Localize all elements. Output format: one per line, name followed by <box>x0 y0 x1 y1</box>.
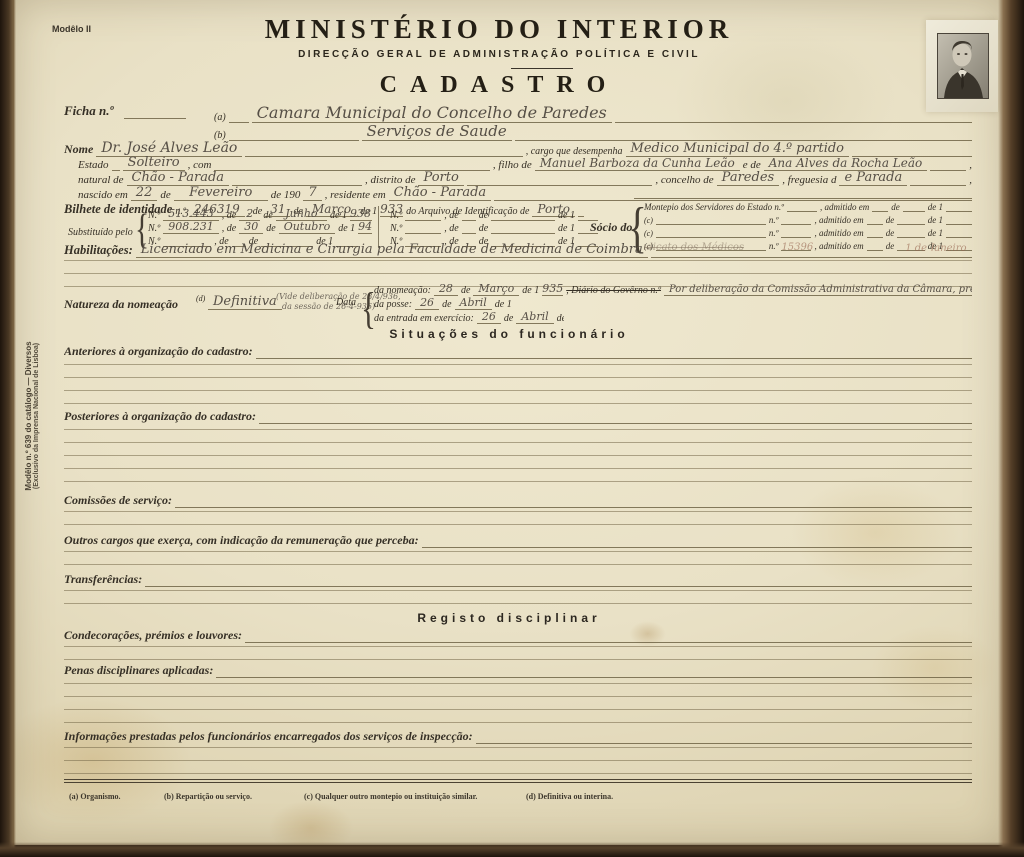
sub2-ano: 945 <box>358 220 372 234</box>
row2-label: da posse: <box>374 299 412 310</box>
distrito-value: Porto <box>418 170 463 186</box>
de-word: de <box>504 313 513 324</box>
bottom-double-rule <box>64 779 972 783</box>
printer-sidebar-note: Modêlo n.º 639 do catálogo — Diversos (E… <box>24 332 40 500</box>
transferencias-label: Transferências: <box>64 572 142 587</box>
nomeacao-label: Natureza da nomeação <box>64 297 178 312</box>
posteriores-label: Posteriores à organização do cadastro: <box>64 409 256 424</box>
situacoes-heading: Situações do funcionário <box>14 327 1004 341</box>
anteriores-row: Anteriores à organização do cadastro: <box>64 343 972 359</box>
no-label: n.º <box>769 215 779 225</box>
sub1-mes: Junho <box>276 207 327 221</box>
ano-prefix: de 1 <box>557 313 564 324</box>
condecoracoes-label: Condecorações, prémios e louvores: <box>64 628 242 643</box>
header-divider <box>511 68 573 69</box>
outros-cargos-row: Outros cargos que exerça, com indicação … <box>64 532 972 548</box>
nomeacao-value: Definitiva <box>208 294 282 310</box>
comissoes-label: Comissões de serviço: <box>64 493 172 508</box>
natural-row: natural de Chão - Parada , distrito de P… <box>78 170 972 186</box>
transferencias-row: Transferências: <box>64 571 972 587</box>
habilitacoes-label: Habilitações: <box>64 243 133 258</box>
socio-top-rule <box>634 198 972 199</box>
bilhete-sub-row-1: N.º 513.443 , de 2 de Junho de 1 938 <box>148 207 372 221</box>
no-label: n.º <box>769 228 779 238</box>
photo-mount <box>926 20 998 112</box>
admitido-label: , admitido em <box>814 228 863 238</box>
nascido-ano: 7 <box>303 185 321 201</box>
condecoracoes-row: Condecorações, prémios e louvores: <box>64 627 972 643</box>
sub1-no: 513.443 <box>163 207 219 221</box>
ficha-number-blank <box>124 118 186 119</box>
servico-value: Serviços de Saude <box>362 122 512 141</box>
estado-row: Estado Solteiro , com , filho de Manuel … <box>78 155 972 171</box>
socio-row-montepio: Montepio dos Servidores do Estado n.º , … <box>644 200 972 212</box>
registo-heading: Registo disciplinar <box>14 611 1004 625</box>
de-word: de <box>886 215 895 225</box>
footnote-a: (a) Organismo. <box>69 792 121 801</box>
deliberacao-note: Por deliberação da Comissão Administrati… <box>664 284 972 296</box>
sidebar-line2: (Exclusivo da Imprensa Nacional de Lisbo… <box>33 332 40 500</box>
row1-dia: 28 <box>434 282 458 296</box>
ministry-title: MINISTÉRIO DO INTERIOR <box>74 14 924 45</box>
admitido-label: , admitido em <box>814 215 863 225</box>
footnote-c: (c) Qualquer outro montepio ou instituiç… <box>304 792 477 801</box>
bilhete-blank-row-1: N.º , de de de 1 <box>390 207 598 221</box>
posteriores-row: Posteriores à organização do cadastro: <box>64 408 972 424</box>
socio-row-c2: (c) n.º , admitido em de de 1 <box>644 226 972 238</box>
book-left-edge <box>0 0 16 857</box>
nomeacao-row-1: da nomeação: 28 de Março de 1 935 , Diár… <box>374 282 972 296</box>
de-word: de <box>461 285 470 296</box>
nomeacao-d-marker: (d) <box>196 294 205 303</box>
scanned-cadastro-form: Modêlo II Modêlo n.º 639 do catálogo — D… <box>0 0 1024 857</box>
de-word: de <box>891 202 900 212</box>
nomeacao-row-3: da entrada em exercício: 26 de Abril de … <box>374 310 564 324</box>
habilitacoes-row: Habilitações: Licenciado em Medicina e C… <box>64 240 972 258</box>
nomeacao-row-2: da posse: 26 de Abril de 1 935 <box>374 296 514 310</box>
anteriores-label: Anteriores à organização do cadastro: <box>64 344 253 359</box>
sub1-dia: 2 <box>239 207 260 221</box>
data-label: Data <box>336 297 356 308</box>
sidebar-line1: Modêlo n.º 639 do catálogo — Diversos <box>24 332 33 500</box>
bilhete-sub-row-2: N.º 908.231 , de 30 de Outubro de 1 945 <box>148 220 372 234</box>
sub2-no: 908.231 <box>163 220 219 234</box>
row3-label: da entrada em exercício: <box>374 313 474 324</box>
sub2-dia: 30 <box>239 220 263 234</box>
penas-row: Penas disciplinares aplicadas: <box>64 662 972 678</box>
habilitacoes-value: Licenciado em Medicina e Cirurgia pela F… <box>136 242 648 258</box>
book-right-edge <box>998 0 1024 857</box>
mae-value: Ana Alves da Rocha Leão <box>764 156 928 171</box>
book-bottom-edge <box>0 842 1024 857</box>
organismo-value: Camara Municipal do Concelho de Paredes <box>252 104 612 123</box>
sub2-mes: Outubro <box>279 220 336 234</box>
de-word: de <box>442 299 451 310</box>
residente-value: Chão - Parada <box>389 185 492 201</box>
sub1-ano: 938 <box>350 207 372 221</box>
estado-value: Solteiro <box>123 155 185 171</box>
row2-mes: Abril <box>455 296 492 310</box>
penas-label: Penas disciplinares aplicadas: <box>64 663 213 678</box>
ano-prefix: de 1 <box>928 215 943 225</box>
portrait-photo <box>937 33 989 99</box>
directorate-subtitle: DIRECÇÃO GERAL DE ADMINISTRAÇÃO POLÍTICA… <box>74 49 924 60</box>
diario-governo-label-struck: , Diário do Govêrno n.º <box>566 285 661 296</box>
pai-value: Manuel Barboza da Cunha Leão <box>535 156 740 171</box>
row3-mes: Abril <box>516 310 553 324</box>
footnote-d: (d) Definitiva ou interina. <box>526 792 613 801</box>
anteriores-lines <box>64 352 972 404</box>
natural-value: Chão - Parada <box>127 170 230 186</box>
comissoes-row: Comissões de serviço: <box>64 492 972 508</box>
row2-dia: 26 <box>415 296 439 310</box>
de-word: de <box>886 228 895 238</box>
ano-prefix: de 1 <box>928 202 943 212</box>
form-page: Modêlo II Modêlo n.º 639 do catálogo — D… <box>14 0 1004 845</box>
penas-lines <box>64 671 972 723</box>
substituido-label: Substituído pelo <box>68 227 133 238</box>
row1-label: da nomeação: <box>374 285 431 296</box>
informacoes-row: Informações prestadas pelos funcionários… <box>64 728 972 744</box>
ano-prefix: de 1 <box>495 299 512 310</box>
c-marker: (c) <box>644 216 653 225</box>
row1-ano: 935 <box>542 282 563 296</box>
ano-prefix: de 1 <box>928 228 943 238</box>
footnote-b: (b) Repartição ou serviço. <box>164 792 252 801</box>
socio-row-c1: (c) n.º , admitido em de de 1 <box>644 213 972 225</box>
row1-mes: Março <box>473 282 519 296</box>
informacoes-label: Informações prestadas pelos funcionários… <box>64 729 473 744</box>
concelho-value: Paredes <box>717 170 780 186</box>
org-line-a: (a) Camara Municipal do Concelho de Pare… <box>214 104 972 123</box>
nascido-dia: 22 <box>131 185 158 201</box>
posteriores-lines <box>64 417 972 482</box>
freguesia-value: e Parada <box>839 170 907 186</box>
form-title: CADASTRO <box>74 72 924 99</box>
bilhete-blank-row-2: N.º , de de de 1 <box>390 220 598 234</box>
ficha-label: Ficha n.º <box>64 103 113 119</box>
socio-label: Sócio do <box>590 220 632 235</box>
org-line-b: (b) Serviços de Saude <box>214 122 972 141</box>
outros-cargos-label: Outros cargos que exerça, com indicação … <box>64 533 419 548</box>
ano-prefix: de 1 <box>522 285 539 296</box>
row3-dia: 26 <box>477 310 501 324</box>
c-marker: (c) <box>644 229 653 238</box>
admitido-label: , admitido em <box>820 202 869 212</box>
montepio-label: Montepio dos Servidores do Estado n.º <box>644 202 784 212</box>
nascido-mes: Fevereiro <box>174 185 268 201</box>
